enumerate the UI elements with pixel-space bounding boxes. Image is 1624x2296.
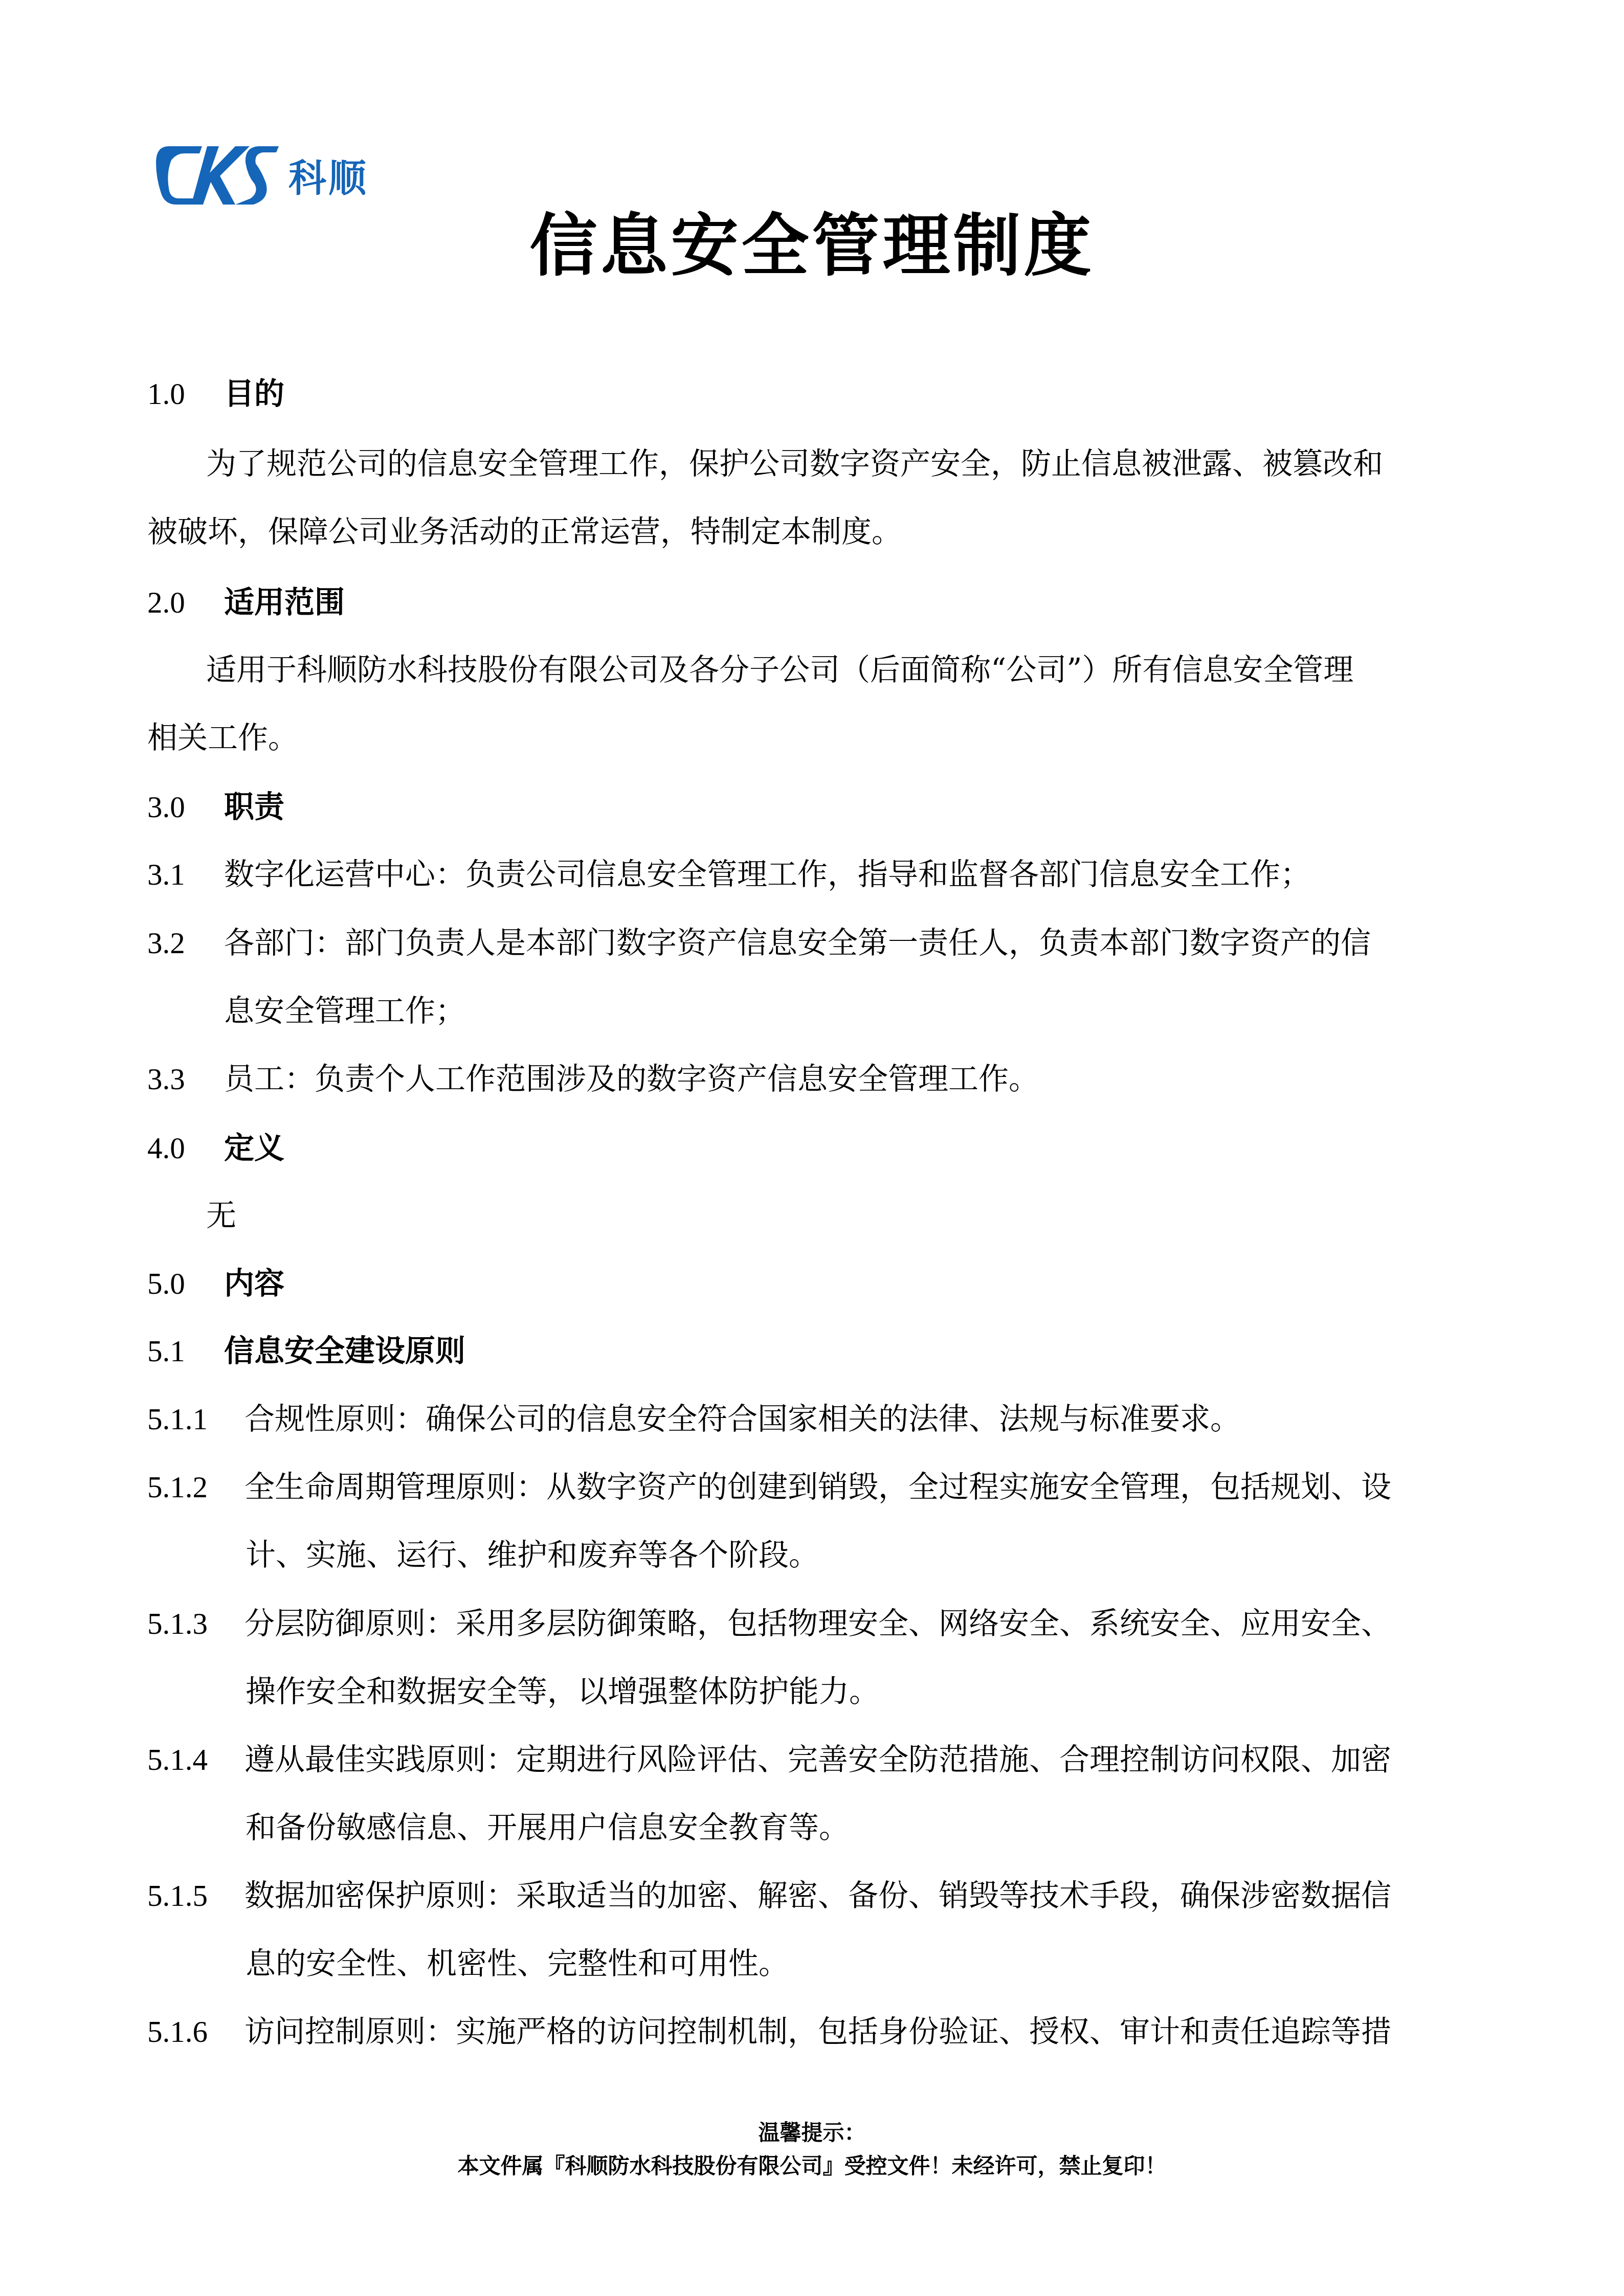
section-heading-2: 2.0适用范围	[147, 587, 345, 618]
item-text: 遵从最佳实践原则：定期进行风险评估、完善安全防范措施、合理控制访问权限、加密	[244, 1742, 1391, 1777]
section-heading-4: 4.0定义	[147, 1133, 284, 1163]
list-item: 5.1.1合规性原则：确保公司的信息安全符合国家相关的法律、法规与标准要求。	[147, 1404, 1240, 1434]
paragraph-line: 相关工作。	[147, 723, 298, 753]
list-item: 3.3员工：负责个人工作范围涉及的数字资产信息安全管理工作。	[147, 1064, 1039, 1094]
item-text: 分层防御原则：采用多层防御策略，包括物理安全、网络安全、系统安全、应用安全、	[244, 1606, 1391, 1641]
section-number: 2.0	[147, 588, 224, 618]
list-item: 5.1.3分层防御原则：采用多层防御策略，包括物理安全、网络安全、系统安全、应用…	[147, 1608, 1391, 1639]
cks-logo-icon	[153, 142, 281, 209]
section-title: 内容	[224, 1266, 284, 1301]
section-number: 4.0	[147, 1133, 224, 1163]
footer-heading: 温馨提示：	[0, 2122, 1624, 2144]
item-number: 5.1.3	[147, 1609, 244, 1639]
footer-notice: 本文件属『科顺防水科技股份有限公司』受控文件！未经许可，禁止复印！	[0, 2155, 1624, 2177]
subsection-title: 信息安全建设原则	[224, 1333, 465, 1368]
item-text: 数据加密保护原则：采取适当的加密、解密、备份、销毁等技术手段，确保涉密数据信	[244, 1878, 1391, 1913]
document-title: 信息安全管理制度	[0, 212, 1624, 280]
subsection-heading: 5.1信息安全建设原则	[147, 1336, 465, 1366]
logo-text: 科顺	[288, 148, 368, 202]
section-title: 定义	[224, 1130, 284, 1165]
item-number: 5.1.6	[147, 2017, 244, 2047]
company-logo: 科顺	[153, 137, 379, 209]
list-item: 5.1.4遵从最佳实践原则：定期进行风险评估、完善安全防范措施、合理控制访问权限…	[147, 1744, 1391, 1775]
item-text: 数字化运营中心：负责公司信息安全管理工作，指导和监督各部门信息安全工作；	[224, 857, 1310, 892]
item-text: 全生命周期管理原则：从数字资产的创建到销毁，全过程实施安全管理，包括规划、设	[244, 1469, 1391, 1504]
paragraph-line: 被破坏，保障公司业务活动的正常运营，特制定本制度。	[147, 516, 902, 547]
item-number: 3.1	[147, 860, 224, 890]
list-item: 5.1.6访问控制原则：实施严格的访问控制机制，包括身份验证、授权、审计和责任追…	[147, 2016, 1391, 2047]
item-text: 访问控制原则：实施严格的访问控制机制，包括身份验证、授权、审计和责任追踪等措	[244, 2014, 1391, 2049]
section-number: 1.0	[147, 379, 224, 409]
paragraph-line: 为了规范公司的信息安全管理工作，保护公司数字资产安全，防止信息被泄露、被篡改和	[206, 448, 1383, 479]
item-number: 5.1.1	[147, 1404, 244, 1434]
item-continuation: 计、实施、运行、维护和废弃等各个阶段。	[246, 1540, 819, 1570]
item-continuation: 和备份敏感信息、开展用户信息安全教育等。	[246, 1812, 849, 1842]
section-number: 5.0	[147, 1269, 224, 1299]
item-number: 5.1.2	[147, 1472, 244, 1502]
item-text: 员工：负责个人工作范围涉及的数字资产信息安全管理工作。	[224, 1061, 1039, 1096]
section-heading-1: 1.0目的	[147, 378, 284, 409]
section-title: 职责	[224, 789, 284, 824]
item-text: 合规性原则：确保公司的信息安全符合国家相关的法律、法规与标准要求。	[244, 1401, 1240, 1436]
item-number: 3.2	[147, 928, 224, 958]
item-number: 3.3	[147, 1064, 224, 1094]
list-item: 3.1数字化运营中心：负责公司信息安全管理工作，指导和监督各部门信息安全工作；	[147, 859, 1310, 890]
section-title: 适用范围	[224, 584, 345, 620]
item-number: 5.1.4	[147, 1745, 244, 1775]
list-item: 5.1.5数据加密保护原则：采取适当的加密、解密、备份、销毁等技术手段，确保涉密…	[147, 1880, 1391, 1911]
section-heading-5: 5.0内容	[147, 1268, 284, 1299]
item-text: 各部门：部门负责人是本部门数字资产信息安全第一责任人，负责本部门数字资产的信	[224, 925, 1371, 960]
item-number: 5.1.5	[147, 1881, 244, 1911]
item-continuation: 操作安全和数据安全等，以增强整体防护能力。	[246, 1676, 879, 1706]
section-number: 3.0	[147, 792, 224, 822]
item-continuation: 息的安全性、机密性、完整性和可用性。	[246, 1948, 789, 1978]
section-title: 目的	[224, 376, 284, 411]
list-item: 3.2各部门：部门负责人是本部门数字资产信息安全第一责任人，负责本部门数字资产的…	[147, 928, 1371, 958]
subsection-number: 5.1	[147, 1336, 224, 1366]
section-heading-3: 3.0职责	[147, 792, 284, 822]
paragraph-line: 无	[206, 1200, 236, 1230]
item-continuation: 息安全管理工作；	[224, 996, 465, 1026]
list-item: 5.1.2全生命周期管理原则：从数字资产的创建到销毁，全过程实施安全管理，包括规…	[147, 1472, 1391, 1502]
paragraph-line: 适用于科顺防水科技股份有限公司及各分子公司（后面简称“公司”）所有信息安全管理	[206, 655, 1353, 685]
